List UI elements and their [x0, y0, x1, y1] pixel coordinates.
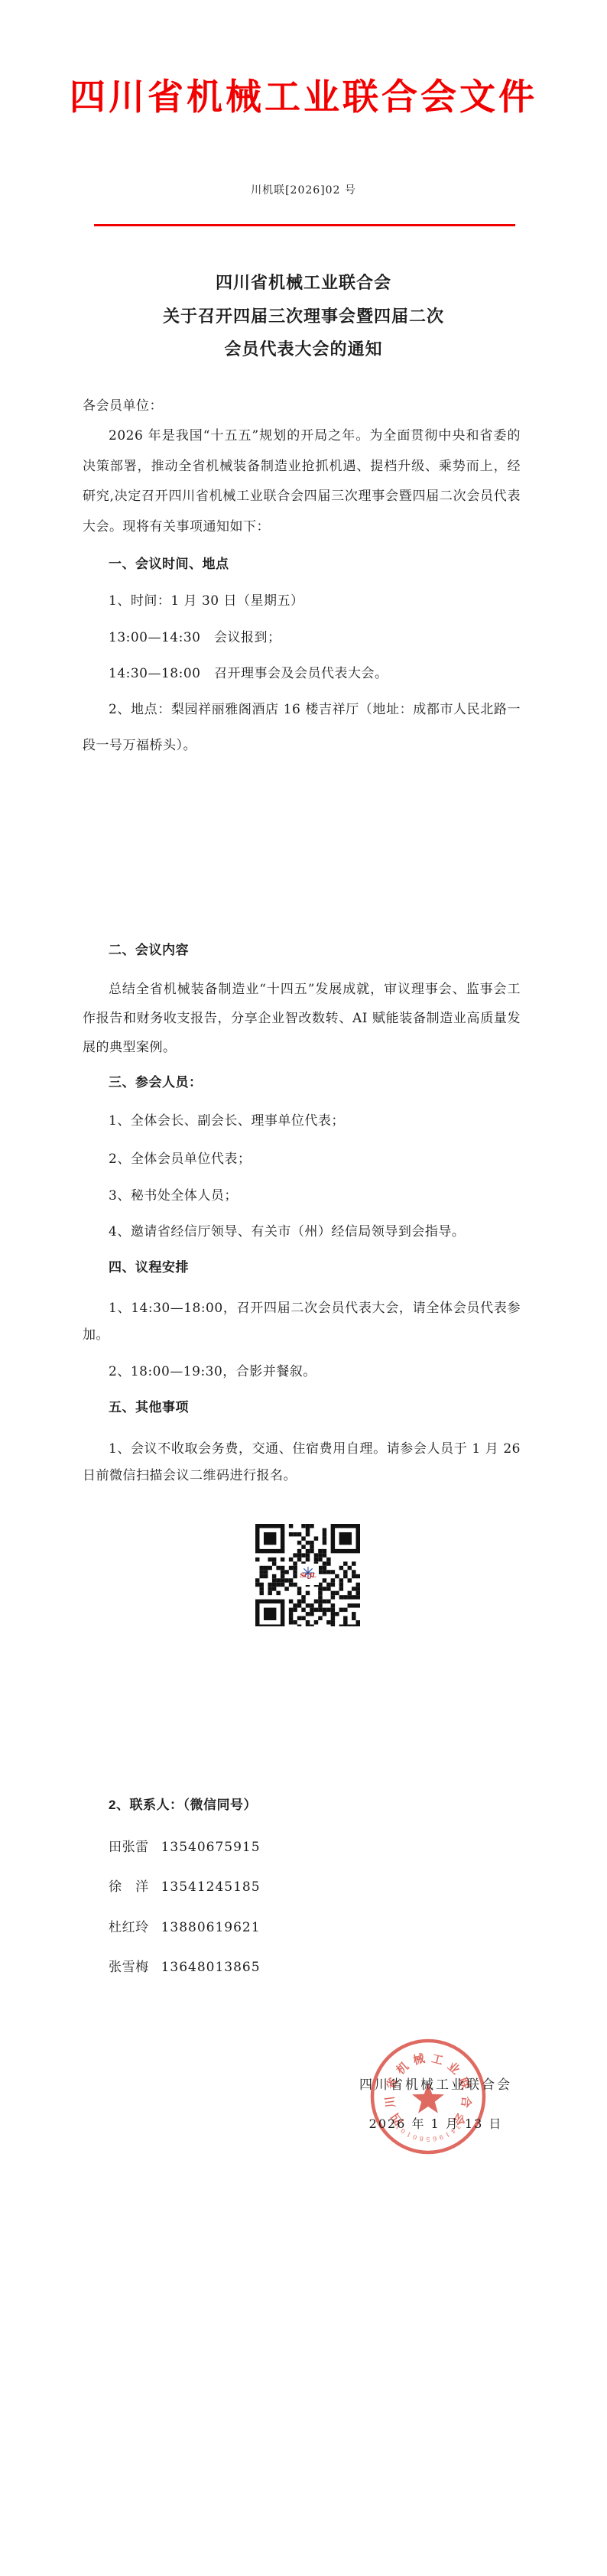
official-document-page: 四川省机械工业联合会文件 川机联[2026]02 号 四川省机械工业联合会 关于… [0, 0, 607, 2576]
red-divider-line [94, 224, 515, 226]
svg-text:0: 0 [412, 2133, 418, 2141]
registration-qr-code: ✳SCJL [255, 1524, 360, 1626]
section5-heading: 五、其他事项 [83, 1398, 521, 1418]
contact-phone: 13648013865 [161, 1960, 261, 1975]
salutation: 各会员单位： [83, 396, 521, 416]
contact-row: 徐 洋 13541245185 [83, 1877, 547, 1897]
document-title: 四川省机械工业联合会 关于召开四届三次理事会暨四届二次 会员代表大会的通知 [0, 267, 607, 367]
signature-block: 四川省机械工业联合会 2026 年 1 月 13 日 [321, 2074, 550, 2132]
document-title-line-2: 关于召开四届三次理事会暨四届二次 [0, 300, 607, 334]
contact-phone: 13540675915 [161, 1840, 261, 1855]
section1-item-2: 13:00—14:30 会议报到； [83, 628, 521, 648]
section4-item-2: 2、18:00—19:30，合影并餐叙。 [83, 1362, 521, 1382]
section5-contacts-heading: 2、联系人：（微信同号） [83, 1795, 521, 1815]
section1-item-1: 1、时间：1 月 30 日（星期五） [83, 591, 521, 611]
contact-name: 杜红玲 [109, 1918, 149, 1938]
contact-name: 张雪梅 [109, 1957, 149, 1977]
svg-text:8: 8 [419, 2135, 424, 2142]
contact-name: 田张雷 [109, 1837, 149, 1857]
svg-text:工: 工 [430, 2051, 445, 2068]
svg-text:械: 械 [411, 2051, 427, 2068]
svg-text:5: 5 [426, 2136, 430, 2142]
contact-row: 杜红玲 13880619621 [83, 1918, 547, 1938]
letterhead-title: 四川省机械工业联合会文件 [0, 69, 607, 120]
section3-heading: 三、参会人员： [83, 1073, 521, 1093]
section1-item-4: 2、地点：梨园祥丽雅阁酒店 16 楼吉祥厅（地址：成都市人民北路一段一号万福桥头… [83, 692, 521, 764]
section3-item-4: 4、邀请省经信厅领导、有关市（州）经信局领导到会指导。 [83, 1222, 521, 1242]
contact-row: 张雪梅 13648013865 [83, 1957, 547, 1977]
document-number: 川机联[2026]02 号 [0, 182, 607, 197]
section1-item-3: 14:30—18:00 召开理事会及会员代表大会。 [83, 664, 521, 684]
document-title-line-3: 会员代表大会的通知 [0, 333, 607, 367]
section3-item-1: 1、全体会长、副会长、理事单位代表； [83, 1111, 521, 1131]
section3-item-2: 2、全体会员单位代表； [83, 1149, 521, 1169]
svg-text:6: 6 [432, 2135, 437, 2142]
svg-text:SCJL: SCJL [300, 1571, 316, 1579]
section4-item-1: 1、14:30—18:00，召开四届二次会员代表大会，请全体会员代表参加。 [83, 1295, 521, 1349]
qr-code-graphic: ✳SCJL [255, 1524, 360, 1626]
document-title-line-1: 四川省机械工业联合会 [0, 267, 607, 300]
contact-phone: 13880619621 [161, 1920, 261, 1935]
section2-paragraph: 总结全省机械装备制造业“十四五”发展成就，审议理事会、监事会工作报告和财务收支报… [83, 975, 521, 1062]
section5-item-1: 1、会议不收取会务费，交通、住宿费用自理。请参会人员于 1 月 26 日前微信扫… [83, 1436, 521, 1489]
intro-paragraph: 2026 年是我国“十五五”规划的开局之年。为全面贯彻中央和省委的决策部署，推动… [83, 421, 521, 542]
contact-row: 田张雷 13540675915 [83, 1837, 547, 1857]
section2-heading: 二、会议内容 [83, 940, 521, 960]
section3-item-3: 3、秘书处全体人员； [83, 1186, 521, 1206]
signature-organization: 四川省机械工业联合会 [321, 2074, 550, 2093]
signature-date: 2026 年 1 月 13 日 [321, 2114, 550, 2132]
contact-phone: 13541245185 [161, 1879, 261, 1895]
svg-text:9: 9 [438, 2133, 444, 2141]
section4-heading: 四、议程安排 [83, 1258, 521, 1278]
section1-heading: 一、会议时间、地点 [83, 554, 521, 574]
contact-name: 徐 洋 [109, 1877, 149, 1897]
